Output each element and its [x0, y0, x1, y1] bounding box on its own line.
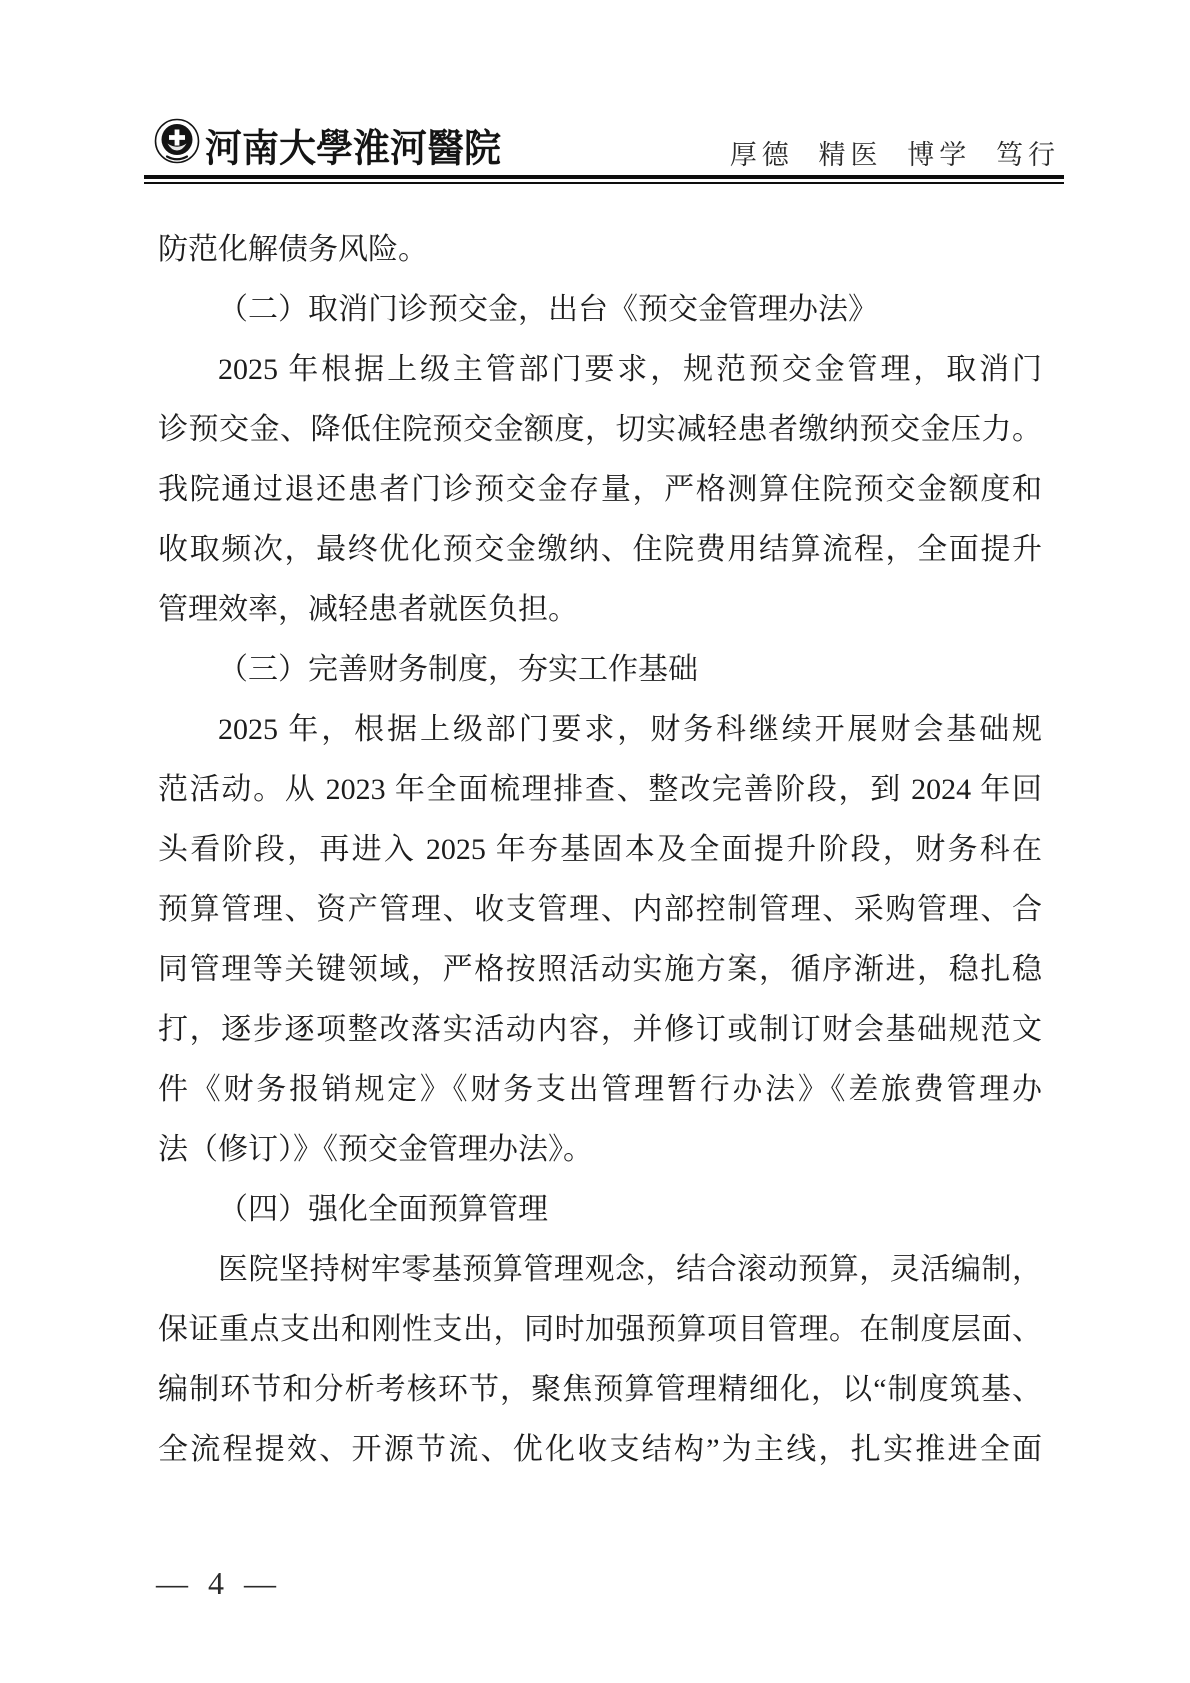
text-line: 件《财务报销规定》《财务支出管理暂行办法》《差旅费管理办 [158, 1060, 1042, 1120]
hospital-name: 河南大學淮河醫院 [205, 117, 465, 173]
section-heading-line: （二）取消门诊预交金，出台《预交金管理办法》 [158, 280, 1042, 340]
text-line: 法（修订）》《预交金管理办法》。 [158, 1120, 1042, 1180]
letterhead-rule-thick [144, 175, 1064, 179]
text-line: 保证重点支出和刚性支出，同时加强预算项目管理。在制度层面、 [158, 1300, 1042, 1360]
section-heading-line: （四）强化全面预算管理 [158, 1180, 1042, 1240]
text-line: 我院通过退还患者门诊预交金存量，严格测算住院预交金额度和 [158, 460, 1042, 520]
text-line: 防范化解债务风险。 [158, 220, 1042, 280]
text-line: 诊预交金、降低住院预交金额度，切实减轻患者缴纳预交金压力。 [158, 400, 1042, 460]
text-line: 范活动。从 2023 年全面梳理排查、整改完善阶段，到 2024 年回 [158, 760, 1042, 820]
hospital-motto: 厚德 精医 博学 笃行 [730, 133, 1060, 172]
document-page: 河南大學淮河醫院 厚德 精医 博学 笃行 防范化解债务风险。（二）取消门诊预交金… [0, 0, 1190, 1683]
text-line: 头看阶段，再进入 2025 年夯基固本及全面提升阶段，财务科在 [158, 820, 1042, 880]
text-line: 管理效率，减轻患者就医负担。 [158, 580, 1042, 640]
hospital-logo-icon [154, 118, 200, 164]
text-line: 医院坚持树牢零基预算管理观念，结合滚动预算，灵活编制， [158, 1240, 1042, 1300]
text-line: 同管理等关键领域，严格按照活动实施方案，循序渐进，稳扎稳 [158, 940, 1042, 1000]
text-line: 2025 年，根据上级部门要求，财务科继续开展财会基础规 [158, 700, 1042, 760]
page-number: — 4 — [156, 1565, 282, 1602]
section-heading-line: （三）完善财务制度，夯实工作基础 [158, 640, 1042, 700]
document-body: 防范化解债务风险。（二）取消门诊预交金，出台《预交金管理办法》2025 年根据上… [158, 220, 1042, 1480]
text-line: 收取频次，最终优化预交金缴纳、住院费用结算流程，全面提升 [158, 520, 1042, 580]
letterhead-rule-thin [144, 182, 1064, 184]
text-line: 全流程提效、开源节流、优化收支结构”为主线，扎实推进全面 [158, 1420, 1042, 1480]
text-line: 编制环节和分析考核环节，聚焦预算管理精细化，以“制度筑基、 [158, 1360, 1042, 1420]
text-line: 打，逐步逐项整改落实活动内容，并修订或制订财会基础规范文 [158, 1000, 1042, 1060]
text-line: 预算管理、资产管理、收支管理、内部控制管理、采购管理、合 [158, 880, 1042, 940]
text-line: 2025 年根据上级主管部门要求，规范预交金管理，取消门 [158, 340, 1042, 400]
